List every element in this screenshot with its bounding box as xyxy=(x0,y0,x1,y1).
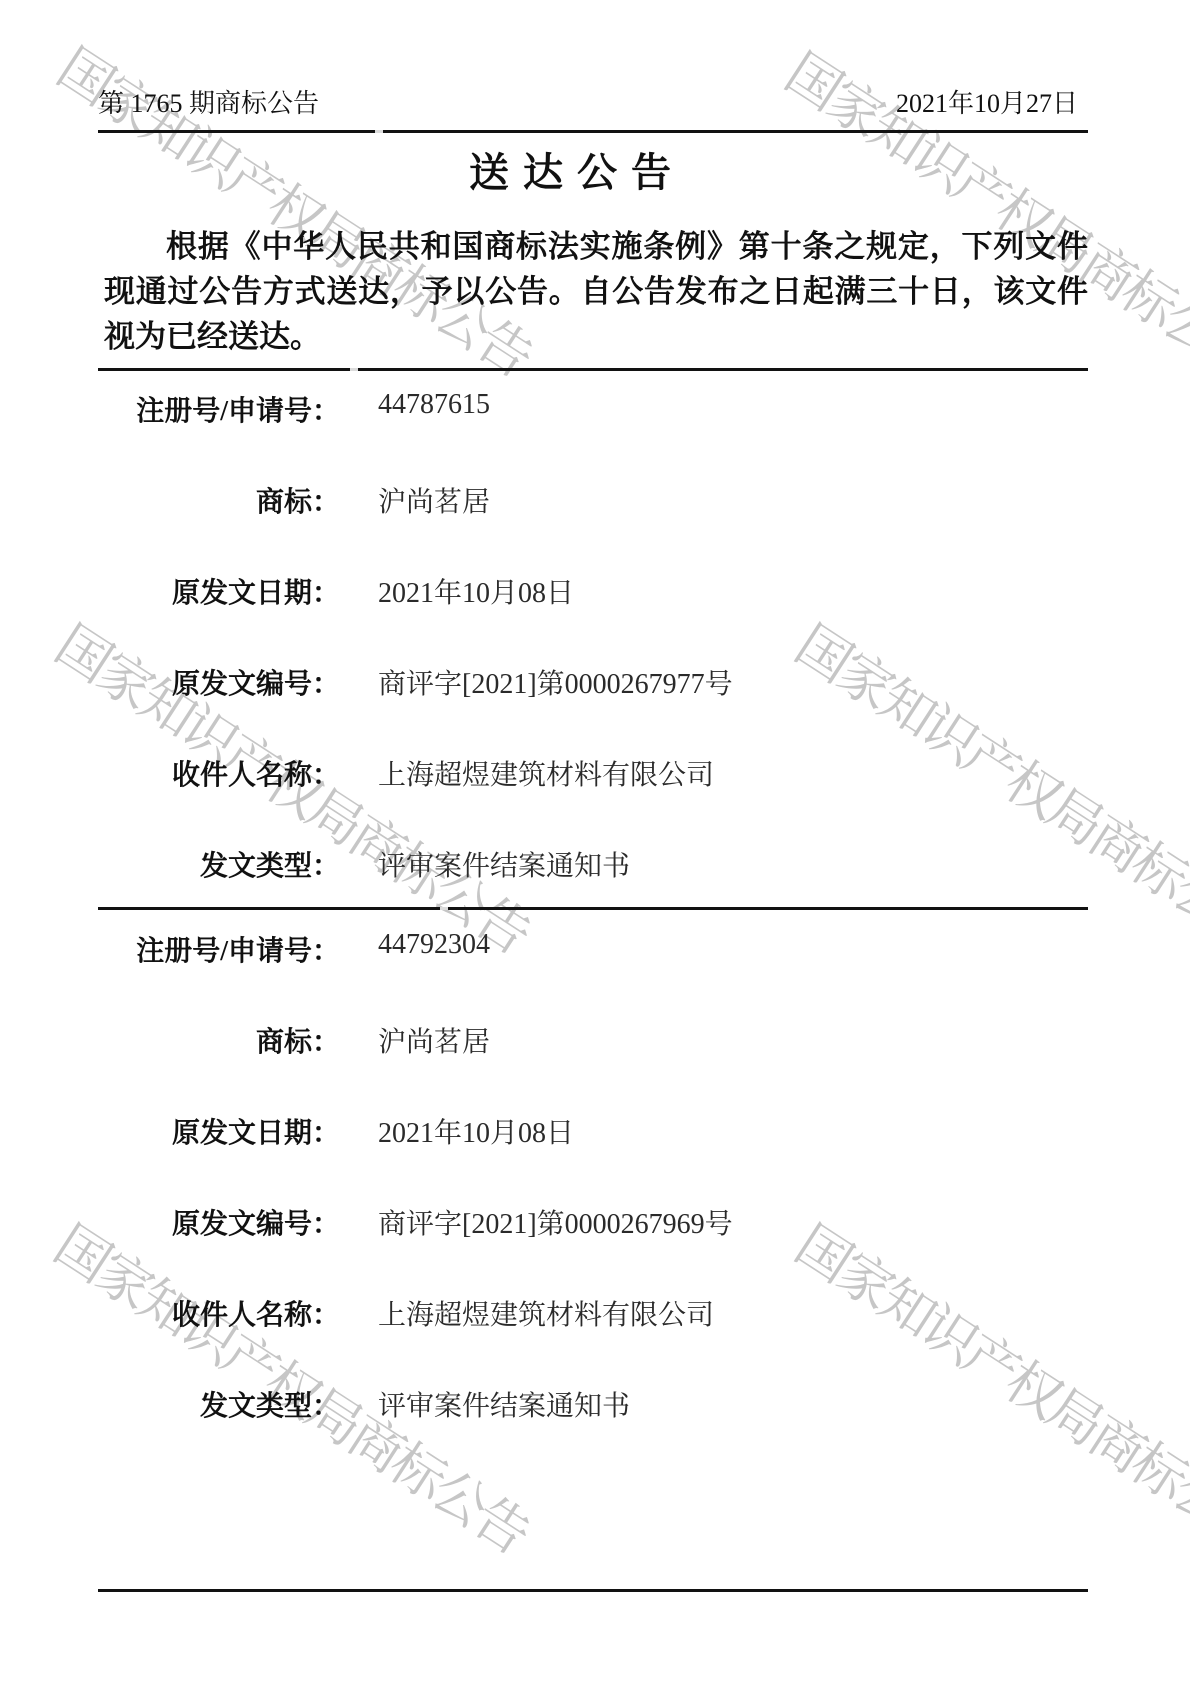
field-value: 2021年10月08日 xyxy=(378,571,574,611)
gazette-page: 国家知识产权局商标公告 国家知识产权局商标公告 国家知识产权局商标公告 国家知识… xyxy=(0,0,1190,1684)
field-value: 上海超煜建筑材料有限公司 xyxy=(378,753,714,793)
field-row: 商标： 沪尚茗居 xyxy=(98,480,1088,520)
field-row: 原发文日期： 2021年10月08日 xyxy=(98,571,1088,611)
intro-paragraph: 根据《中华人民共和国商标法实施条例》第十条之规定，下列文件现通过公告方式送达，予… xyxy=(104,224,1088,359)
field-row: 收件人名称： 上海超煜建筑材料有限公司 xyxy=(98,1293,1088,1333)
field-row: 原发文编号： 商评字[2021]第0000267977号 xyxy=(98,662,1088,702)
field-label: 原发文日期： xyxy=(98,1111,340,1151)
field-label: 商标： xyxy=(98,1020,340,1060)
field-label: 原发文编号： xyxy=(98,662,340,702)
field-label: 发文类型： xyxy=(98,844,340,884)
field-label: 原发文编号： xyxy=(98,1202,340,1242)
field-row: 注册号/申请号： 44787615 xyxy=(98,389,1088,429)
field-label: 商标： xyxy=(98,480,340,520)
field-label: 注册号/申请号： xyxy=(98,389,340,429)
rule-scan-notch xyxy=(375,130,383,133)
field-row: 原发文日期： 2021年10月08日 xyxy=(98,1111,1088,1151)
field-value: 商评字[2021]第0000267977号 xyxy=(378,662,733,702)
page-title: 送 达 公 告 xyxy=(76,141,1066,198)
field-label: 收件人名称： xyxy=(98,753,340,793)
gazette-date: 2021年10月27日 xyxy=(896,83,1078,120)
record-separator-1 xyxy=(98,368,1088,371)
rule-scan-notch xyxy=(440,907,448,910)
field-row: 发文类型： 评审案件结案通知书 xyxy=(98,844,1088,884)
field-row: 商标： 沪尚茗居 xyxy=(98,1020,1088,1060)
field-value: 2021年10月08日 xyxy=(378,1111,574,1151)
field-row: 注册号/申请号： 44792304 xyxy=(98,929,1088,969)
field-row: 收件人名称： 上海超煜建筑材料有限公司 xyxy=(98,753,1088,793)
field-label: 原发文日期： xyxy=(98,571,340,611)
header-rule xyxy=(98,130,1088,133)
field-value: 评审案件结案通知书 xyxy=(378,844,630,884)
field-value: 44787615 xyxy=(378,389,490,421)
field-label: 发文类型： xyxy=(98,1384,340,1424)
field-value: 商评字[2021]第0000267969号 xyxy=(378,1202,733,1242)
field-value: 上海超煜建筑材料有限公司 xyxy=(378,1293,714,1333)
field-label: 收件人名称： xyxy=(98,1293,340,1333)
field-row: 原发文编号： 商评字[2021]第0000267969号 xyxy=(98,1202,1088,1242)
record-separator-2 xyxy=(98,907,1088,910)
gazette-issue-number: 第 1765 期商标公告 xyxy=(98,83,319,120)
bottom-rule xyxy=(98,1589,1088,1592)
field-row: 发文类型： 评审案件结案通知书 xyxy=(98,1384,1088,1424)
field-value: 沪尚茗居 xyxy=(378,1020,490,1060)
field-value: 沪尚茗居 xyxy=(378,480,490,520)
field-label: 注册号/申请号： xyxy=(98,929,340,969)
field-value: 44792304 xyxy=(378,929,490,961)
field-value: 评审案件结案通知书 xyxy=(378,1384,630,1424)
rule-scan-notch xyxy=(350,368,358,371)
